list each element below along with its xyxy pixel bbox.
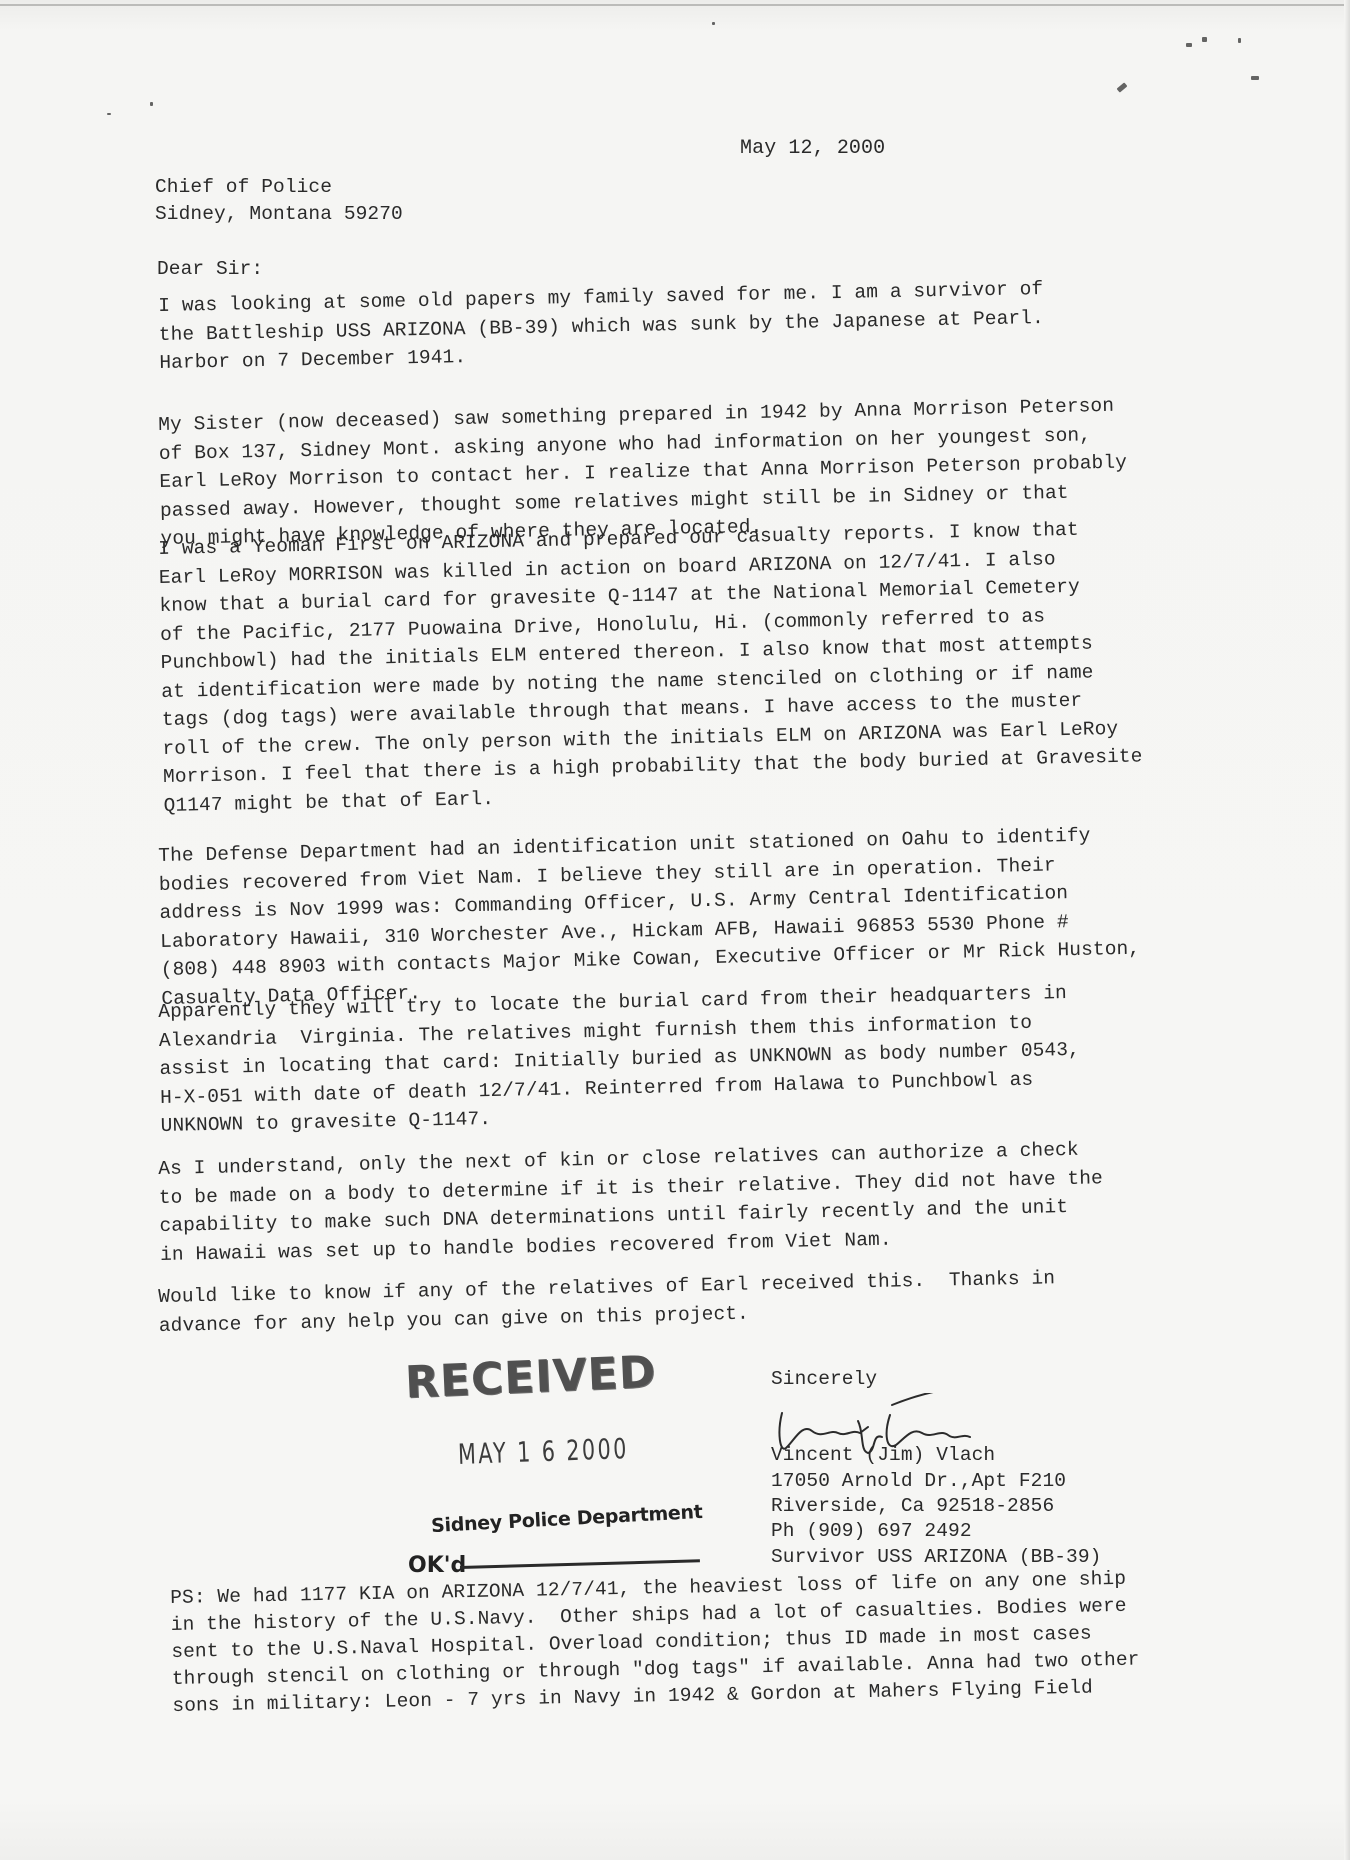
- scan-speck: [150, 102, 153, 106]
- signer-name: Vincent (Jim) Vlach: [771, 1444, 995, 1466]
- received-stamp: RECEIVED: [404, 1347, 657, 1409]
- scan-top-edge: [0, 4, 1350, 6]
- letter-page: May 12, 2000 Chief of Police Sidney, Mon…: [0, 0, 1350, 1860]
- ok-signature-line: [460, 1559, 700, 1569]
- scan-speck: [107, 113, 111, 115]
- postscript: PS: We had 1177 KIA on ARIZONA 12/7/41, …: [170, 1563, 1262, 1720]
- scan-speck: [1251, 76, 1259, 80]
- recipient-line-2: Sidney, Montana 59270: [155, 203, 403, 225]
- letter-date: May 12, 2000: [740, 137, 885, 160]
- scan-speck: [712, 22, 715, 25]
- scan-speck: [1238, 38, 1241, 43]
- police-department-stamp: Sidney Police Department: [431, 1501, 703, 1537]
- ok-label: OK'd: [408, 1553, 466, 1578]
- closing: Sincerely: [771, 1368, 877, 1390]
- paragraph-5: Apparently they will try to locate the b…: [158, 975, 1251, 1140]
- scan-speck: [1186, 43, 1192, 47]
- signer-address-line-2: Riverside, Ca 92518-2856: [771, 1495, 1054, 1517]
- scan-speck: [1117, 82, 1128, 92]
- recipient-line-1: Chief of Police: [155, 176, 332, 198]
- received-stamp-date: MAY 1 6 2000: [457, 1432, 629, 1471]
- scan-speck: [1202, 37, 1207, 42]
- signer-address-line-1: 17050 Arnold Dr.,Apt F210: [771, 1470, 1066, 1492]
- scan-right-edge: [1344, 0, 1350, 1860]
- paragraph-1: I was looking at some old papers my fami…: [158, 271, 1249, 377]
- signer-phone: Ph (909) 697 2492: [771, 1520, 972, 1542]
- signer-title: Survivor USS ARIZONA (BB-39): [771, 1546, 1101, 1568]
- paragraph-3: I was a Yeoman First on ARIZONA and prep…: [158, 512, 1254, 820]
- paragraph-6: As I understand, only the next of kin or…: [158, 1132, 1250, 1269]
- paragraph-7: Would like to know if any of the relativ…: [158, 1260, 1249, 1340]
- salutation: Dear Sir:: [157, 258, 263, 280]
